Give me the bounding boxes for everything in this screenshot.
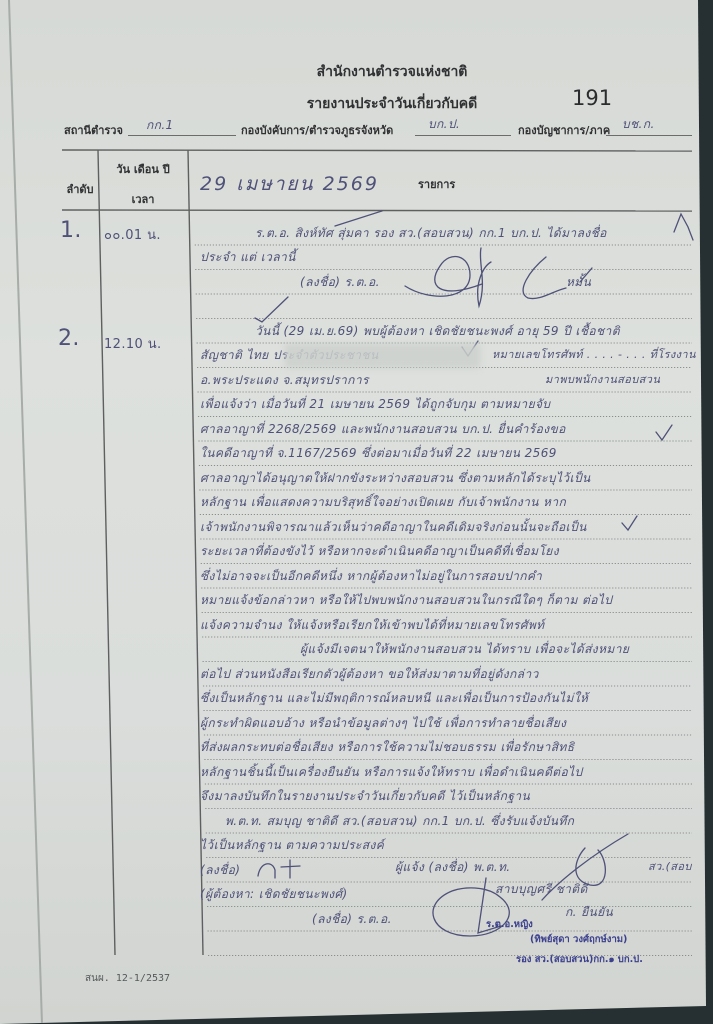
entry-2-line: เจ้าพนักงานพิจารณาแล้วเห็นว่าคดีอาญาในคด… [200,518,587,536]
header-details: รายการ [418,175,455,193]
bureau-underline [606,135,692,136]
entry-2-line: ซึ่งเป็นหลักฐาน และไม่มีพฤติการณ์หลบหนี … [200,689,588,707]
entry-1-line: (ลงชื่อ) ร.ต.อ. [300,273,380,291]
recorder-sign-label: (ลงชื่อ) ร.ต.อ. [312,910,392,928]
entry-2-line: ไว้เป็นหลักฐาน ตามความประสงค์ [200,836,384,854]
table-header-rule [62,210,692,211]
check-mark [255,297,288,322]
division-value: บก.ป. [428,115,460,133]
entry-2-line: ซึ่งไม่อาจจะเป็นอีกคดีหนึ่ง หากผู้ต้องหา… [200,567,542,585]
bureau-label: กองบัญชาการ/ภาค [518,121,610,139]
officer-name: สาบบุญศรี ชาติดี [495,880,588,898]
form-rules [0,0,713,1024]
signature-1-loop [405,256,482,296]
check-mark [656,425,672,440]
informant-sign-label: (ลงชื่อ) [200,861,240,879]
recorder-name: ก. ยืนยัน [565,903,613,921]
stamp-name: (ทิพย์สุดา วงศ์ฤกษ์งาม) [530,932,627,947]
entry-2-side-note: มาพบพนักงานสอบสวน [545,371,660,389]
signature-1-stroke [478,248,491,306]
station-value: กก.1 [146,116,174,134]
entry-2-line: จึงมาลงบันทึกในรายงานประจำวันเกี่ยวกับคด… [200,787,530,805]
header-order: ลำดับ [62,180,98,198]
report-date: 29 เมษายน 2569 [200,175,379,193]
report-page: สำนักงานตำรวจแห่งชาติ รายงานประจำวันเกี่… [0,0,713,1024]
stamp-rank: ร.ต.อ.หญิง [486,917,533,932]
signature-informant [258,860,300,878]
page-number: 191 [572,86,612,110]
suspect-label: (ผู้ต้องหา: เชิดชัยชนะพงศ์) [200,885,348,903]
header-time: เวลา [98,190,188,208]
entry-2-line: หลักฐานชิ้นนี้เป็นเครื่องยืนยัน หรือการแ… [200,763,583,781]
division-underline [415,135,511,136]
entry-2-line: อ.พระประแดง จ.สมุทรปราการ [200,371,369,389]
agency-title: สำนักงานตำรวจแห่งชาติ [0,61,713,83]
officer-role: สว.(สอบ [648,858,692,876]
initial-mark [674,214,693,240]
entry-2-line: แจ้งความจำนง ให้แจ้งหรือเรียกให้เข้าพบได… [200,616,544,634]
entry-2-line: ศาลอาญาที่ 2268/2569 และพนักงานสอบสวน บก… [200,420,566,438]
entry-2-line: ผู้แจ้งมีเจตนาให้พนักงานสอบสวน ได้ทราบ เ… [300,640,629,658]
entry-2-line: หมายแจ้งข้อกล่าวหา หรือให้ไปพบพนักงานสอบ… [200,591,612,609]
entry-2-line: พ.ต.ท. สมบุญ ชาติดี สว.(สอบสวน) กก.1 บก.… [225,812,574,830]
entry-2-line: เพื่อแจ้งว่า เมื่อวันที่ 21 เมษายน 2569 … [200,395,550,413]
redacted-region [285,344,480,368]
entry-2-side-note: หมายเลขโทรศัพท์ . . . . - . . . ที่โรงงา… [492,346,696,364]
entry-2-line: ที่ส่งผลกระทบต่อชื่อเสียง หรือการใช้ความ… [200,738,574,756]
column-divider-order [98,150,115,955]
entry-1-line: ร.ต.อ. สิงห์ทัศ สุ่มคา รอง สว.(สอบสวน) ก… [255,224,607,242]
entry-1-number: 1. [60,222,82,240]
entry-1-line: ประจำ แต่ เวลานี้ [200,248,296,266]
page-fold-line [9,0,42,1024]
division-label: กองบังคับการ/ตำรวจภูธรจังหวัด [241,121,393,139]
entry-2-line: ในคดีอาญาที่ จ.1167/2569 ซึ่งต่อมาเมื่อว… [200,444,557,462]
entry-1-time: ๐๐.01 น. [104,227,161,245]
entry-2-line: ระยะเวลาที่ต้องขังไว้ หรือหากจะดำเนินคดี… [200,542,559,560]
bureau-value: บช.ก. [622,115,655,133]
entry-2-time: 12.10 น. [104,336,162,354]
entry-2-line: ผู้กระทำผิดแอบอ้าง หรือนำข้อมูลต่างๆ ไปใ… [200,714,566,732]
station-underline [128,135,236,136]
form-code: สนผ. 12-1/2537 [85,971,170,986]
entry-2-number: 2. [58,330,80,348]
stamp-position: รอง สว.(สอบสวน)กก.๑ บก.ป. [516,952,643,967]
check-mark [622,516,637,530]
entry-1-signature-suffix: หมั้น [566,273,591,291]
header-date: วัน เดือน ปี [98,160,188,178]
table-top-rule [62,150,692,151]
entry-2-line: ต่อไป ส่วนหนังสือเรียกตัวผู้ต้องหา ขอให้… [200,665,539,683]
entry-2-line: หลักฐาน เพื่อแสดงความบริสุทธิ์ใจอย่างเปิ… [200,493,566,511]
informant-role: ผู้แจ้ง (ลงชื่อ) พ.ต.ท. [395,858,510,876]
signature-1-tail [523,257,566,299]
station-label: สถานีตำรวจ [64,121,123,139]
entry-2-line: วันนี้ (29 เม.ย.69) พบผู้ต้องหา เชิดชัยช… [255,322,620,340]
entry-2-line: ศาลอาญาได้อนุญาตให้ฝากขังระหว่างสอบสวน ซ… [200,469,591,487]
